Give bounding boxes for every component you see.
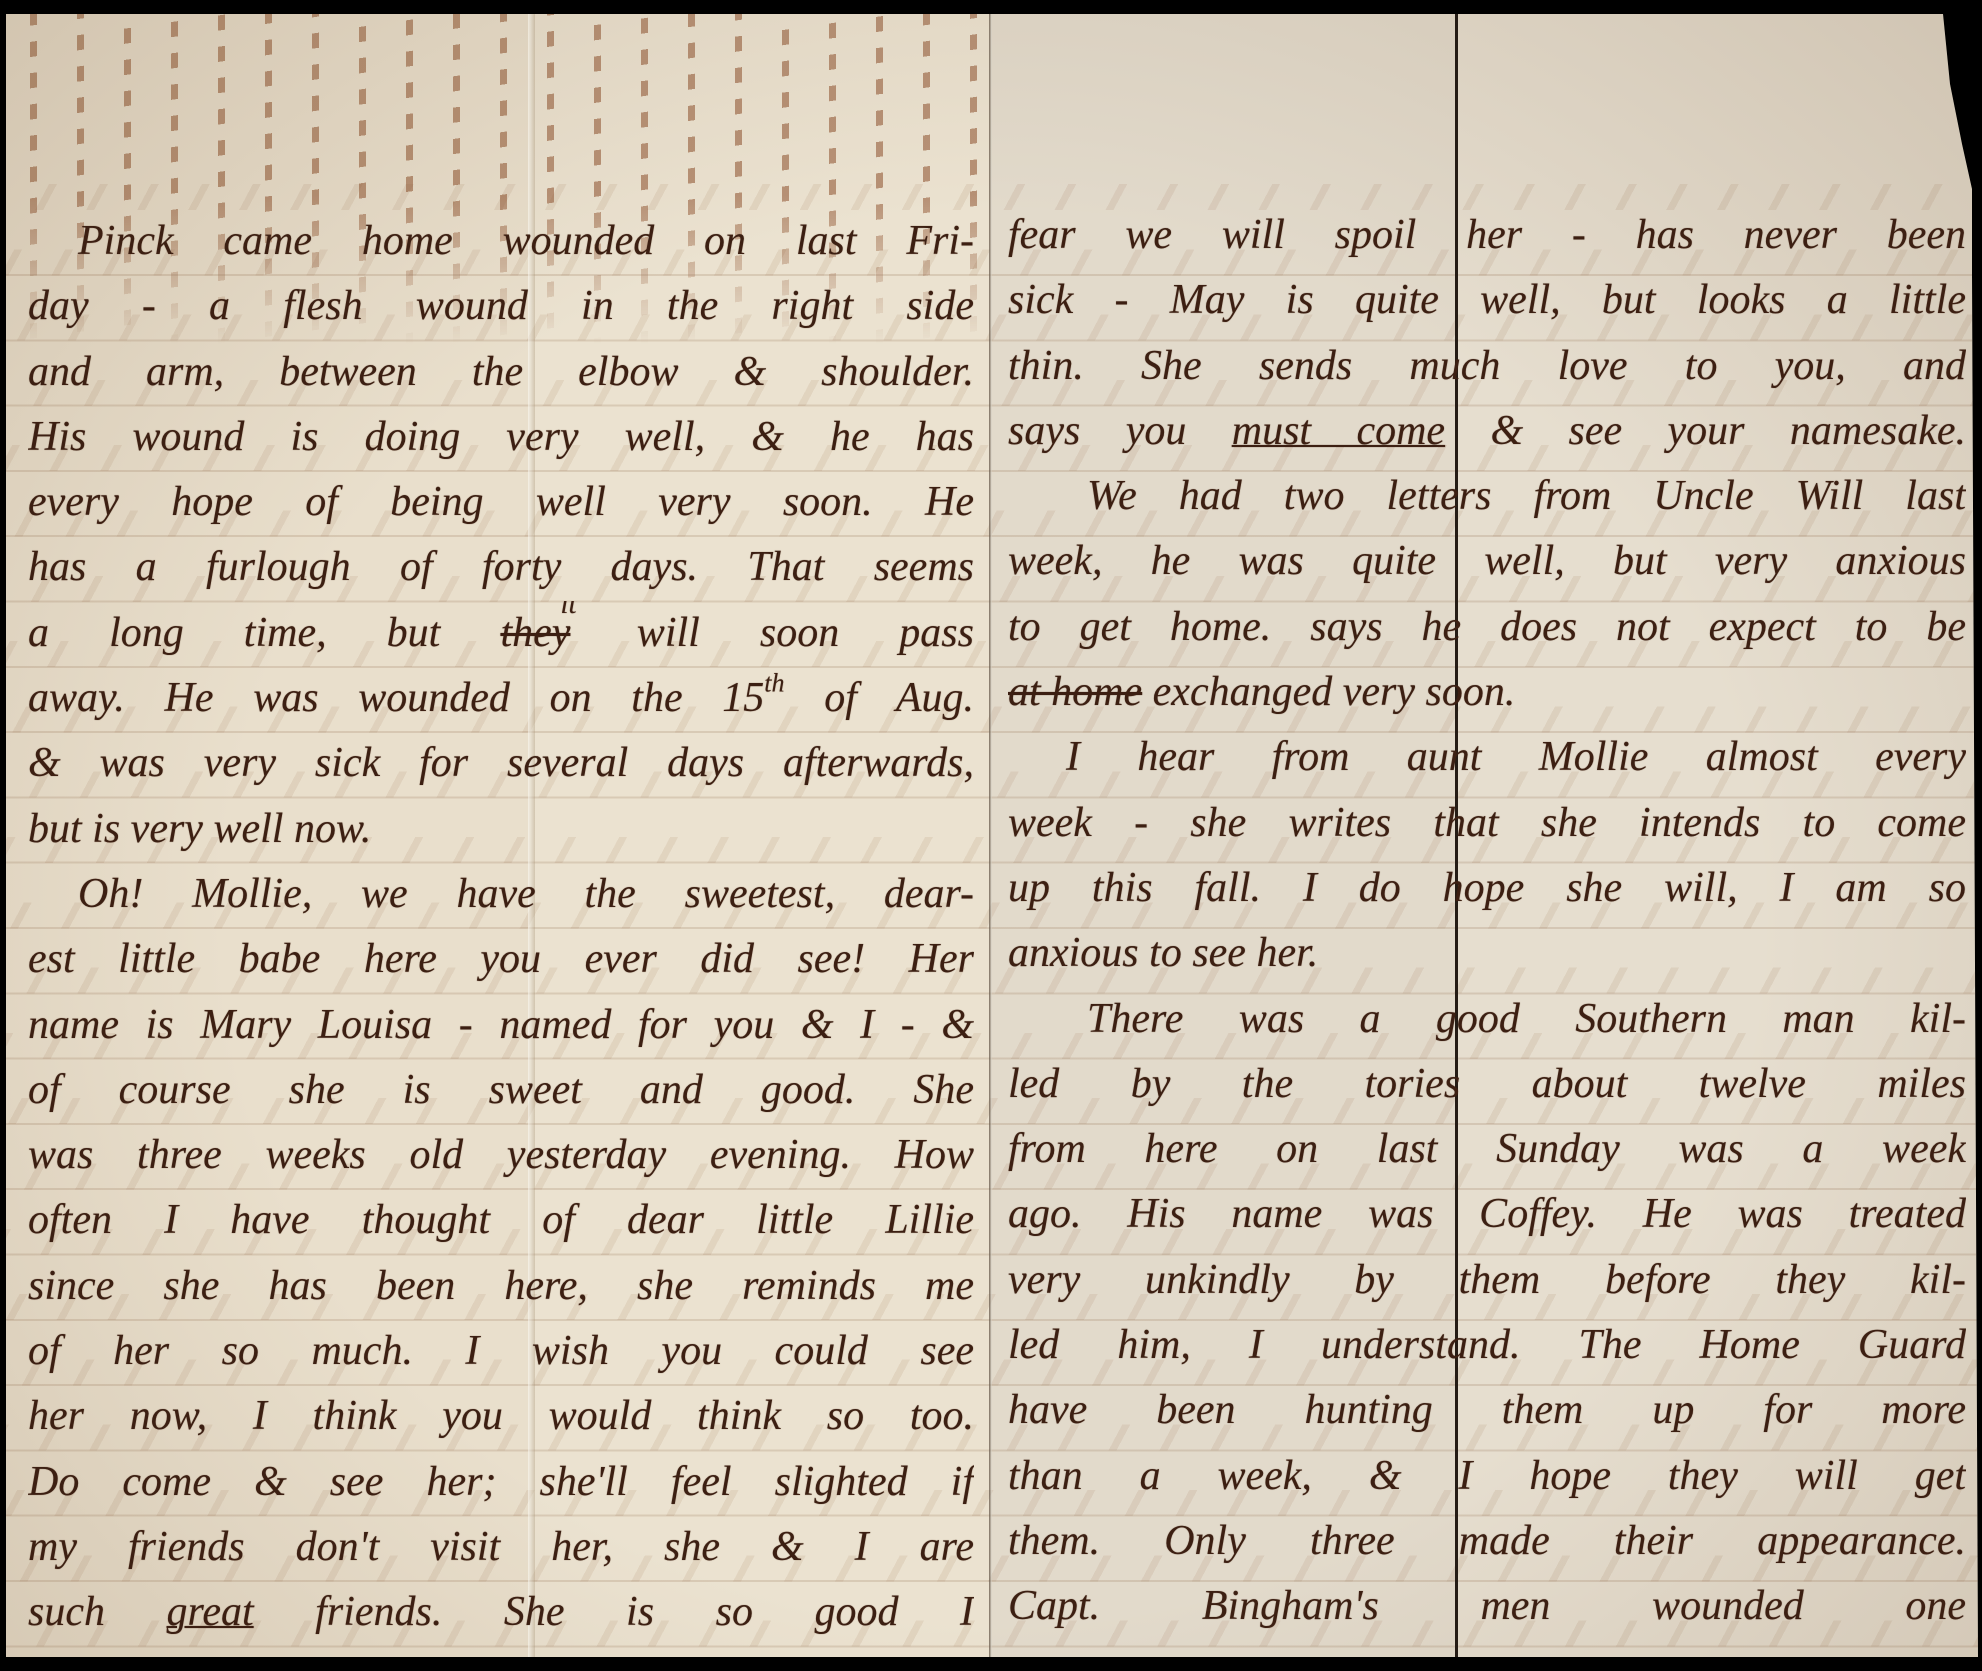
line-text: sick - May is quite well, but looks a li… <box>1008 277 1966 323</box>
handwritten-line: my friends don't visit her, she & I are <box>28 1515 974 1580</box>
handwritten-line: name is Mary Louisa - named for you & I … <box>28 993 974 1058</box>
line-text: but is very well now. <box>28 806 371 852</box>
handwritten-line: very unkindly by them before they kil- <box>1008 1248 1966 1313</box>
handwritten-line: led him, I understand. The Home Guard <box>1008 1313 1966 1378</box>
line-text: exchanged very soon. <box>1142 669 1515 715</box>
line-text: day - a flesh wound in the right side <box>28 283 974 329</box>
handwritten-line: since she has been here, she reminds me <box>28 1254 974 1319</box>
line-text: of her so much. I wish you could see <box>28 1328 974 1374</box>
line-text: fear we will spoil her - has never been <box>1008 212 1966 258</box>
underlined-words: must come <box>1232 408 1445 454</box>
handwritten-line: Oh! Mollie, we have the sweetest, dear- <box>28 862 974 927</box>
line-text: up this fall. I do hope she will, I am s… <box>1008 865 1966 911</box>
line-text: name is Mary Louisa - named for you & I … <box>28 1002 974 1048</box>
handwritten-line: away. He was wounded on the 15th of Aug. <box>28 666 974 731</box>
line-text: I hear from aunt Mollie almost every <box>1066 734 1966 780</box>
handwritten-line: them. Only three made their appearance. <box>1008 1509 1966 1574</box>
handwritten-line: ago. His name was Coffey. He was treated <box>1008 1182 1966 1247</box>
line-text: There was a good Southern man kil- <box>1087 996 1966 1042</box>
fold-crease-center <box>989 14 992 1657</box>
handwritten-line: Pinck came home wounded on last Fri- <box>28 209 974 274</box>
line-text: than a week, & I hope they will get <box>1008 1453 1966 1499</box>
line-text: of course she is sweet and good. She <box>28 1067 974 1113</box>
line-text: very unkindly by them before they kil- <box>1008 1257 1966 1303</box>
handwritten-line: week - she writes that she intends to co… <box>1008 791 1966 856</box>
line-text: of Aug. <box>785 675 974 721</box>
line-text: such <box>28 1589 167 1635</box>
handwritten-line: His wound is doing very well, & he has <box>28 405 974 470</box>
line-text: away. He was wounded on the 15 <box>28 675 764 721</box>
handwritten-line: says you must come & see your namesake. <box>1008 399 1966 464</box>
handwritten-line: every hope of being well very soon. He <box>28 470 974 535</box>
handwritten-line: a long time, but theyit will soon pass <box>28 601 974 666</box>
line-text: week - she writes that she intends to co… <box>1008 800 1966 846</box>
handwritten-line: thin. She sends much love to you, and <box>1008 334 1966 399</box>
handwritten-line: anxious to see her. <box>1008 921 1966 986</box>
struck-words: at home <box>1008 669 1142 715</box>
line-text: Capt. Bingham's men wounded one <box>1008 1583 1966 1629</box>
handwritten-line: up this fall. I do hope she will, I am s… <box>1008 856 1966 921</box>
line-text: often I have thought of dear little Lill… <box>28 1197 974 1243</box>
handwritten-line: day - a flesh wound in the right side <box>28 274 974 339</box>
line-text: est little babe here you ever did see! H… <box>28 936 974 982</box>
line-text: them. Only three made their appearance. <box>1008 1518 1966 1564</box>
handwritten-line: Do come & see her; she'll feel slighted … <box>28 1450 974 1515</box>
handwritten-line: at home exchanged very soon. <box>1008 660 1966 725</box>
line-text: since she has been here, she reminds me <box>28 1263 974 1309</box>
line-text: We had two letters from Uncle Will last <box>1087 473 1966 519</box>
line-text: led him, I understand. The Home Guard <box>1008 1322 1966 1368</box>
handwritten-line: has a furlough of forty days. That seems <box>28 535 974 600</box>
line-text: led by the tories about twelve miles <box>1008 1061 1966 1107</box>
line-text: Oh! Mollie, we have the sweetest, dear- <box>78 871 974 917</box>
line-text: ago. His name was Coffey. He was treated <box>1008 1191 1966 1237</box>
line-text: a long time, but <box>28 610 500 656</box>
handwritten-line: have been hunting them up for more <box>1008 1378 1966 1443</box>
left-page-text: Pinck came home wounded on last Fri- day… <box>28 209 974 1646</box>
handwritten-line: of course she is sweet and good. She <box>28 1058 974 1123</box>
handwritten-line: but is very well now. <box>28 797 974 862</box>
handwritten-line: & was very sick for several days afterwa… <box>28 731 974 796</box>
handwritten-line: than a week, & I hope they will get <box>1008 1444 1966 1509</box>
line-text: my friends don't visit her, she & I are <box>28 1524 974 1570</box>
line-text: will soon pass <box>577 610 974 656</box>
line-text: & see your namesake. <box>1445 408 1966 454</box>
handwritten-line: and arm, between the elbow & shoulder. <box>28 340 974 405</box>
line-text: was three weeks old yesterday evening. H… <box>28 1132 974 1178</box>
inserted-word: it <box>560 601 576 621</box>
handwritten-line: There was a good Southern man kil- <box>1008 987 1966 1052</box>
line-text: to get home. says he does not expect to … <box>1008 604 1966 650</box>
line-text: friends. She is so good I <box>254 1589 974 1635</box>
line-text: anxious to see her. <box>1008 930 1318 976</box>
line-text: from here on last Sunday was a week <box>1008 1126 1966 1172</box>
right-page-text: fear we will spoil her - has never been … <box>1008 203 1966 1640</box>
line-text: and arm, between the elbow & shoulder. <box>28 349 974 395</box>
line-text: & was very sick for several days afterwa… <box>28 740 974 786</box>
line-text: thin. She sends much love to you, and <box>1008 343 1966 389</box>
handwritten-line: sick - May is quite well, but looks a li… <box>1008 268 1966 333</box>
line-text: says you <box>1008 408 1232 454</box>
handwritten-line: often I have thought of dear little Lill… <box>28 1188 974 1253</box>
underlined-word: great <box>167 1589 254 1635</box>
handwritten-line: I hear from aunt Mollie almost every <box>1008 725 1966 790</box>
handwritten-line: of her so much. I wish you could see <box>28 1319 974 1384</box>
handwritten-line: was three weeks old yesterday evening. H… <box>28 1123 974 1188</box>
line-text: her now, I think you would think so too. <box>28 1393 974 1439</box>
handwritten-line: week, he was quite well, but very anxiou… <box>1008 529 1966 594</box>
handwritten-line: her now, I think you would think so too. <box>28 1384 974 1449</box>
line-text: have been hunting them up for more <box>1008 1387 1966 1433</box>
line-text: Pinck came home wounded on last Fri- <box>78 218 974 264</box>
line-text: week, he was quite well, but very anxiou… <box>1008 538 1966 584</box>
handwritten-line: from here on last Sunday was a week <box>1008 1117 1966 1182</box>
handwritten-line: such great friends. She is so good I <box>28 1580 974 1645</box>
handwritten-line: fear we will spoil her - has never been <box>1008 203 1966 268</box>
line-text: His wound is doing very well, & he has <box>28 414 974 460</box>
handwritten-line: est little babe here you ever did see! H… <box>28 927 974 992</box>
handwritten-line: to get home. says he does not expect to … <box>1008 595 1966 660</box>
handwritten-line: led by the tories about twelve miles <box>1008 1052 1966 1117</box>
line-text: has a furlough of forty days. That seems <box>28 544 974 590</box>
line-text: every hope of being well very soon. He <box>28 479 974 525</box>
ordinal-superscript: th <box>764 669 784 698</box>
handwritten-line: We had two letters from Uncle Will last <box>1008 464 1966 529</box>
handwritten-line: Capt. Bingham's men wounded one <box>1008 1574 1966 1639</box>
line-text: Do come & see her; she'll feel slighted … <box>28 1459 974 1505</box>
